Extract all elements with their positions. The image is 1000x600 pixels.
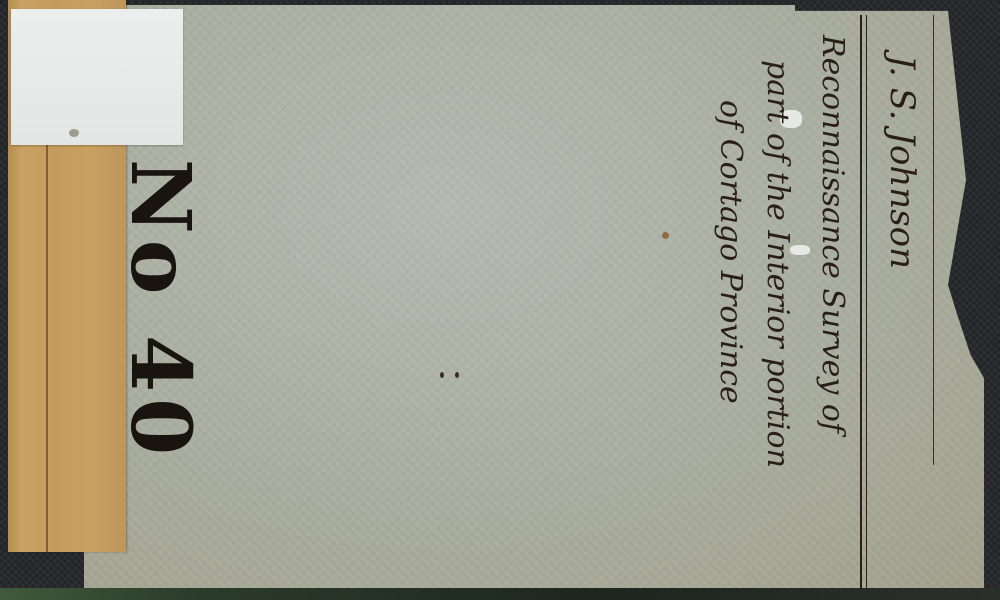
label-line-4: of Cortago Province — [713, 100, 748, 404]
smudge — [69, 129, 79, 137]
tape-crease — [46, 140, 48, 552]
ruled-line — [933, 15, 934, 465]
label-line-3: part of the Interior portion — [760, 60, 795, 468]
ink-speck — [455, 372, 459, 378]
ruled-line — [866, 15, 867, 590]
label-line-2: Reconnaissance Survey of — [815, 35, 850, 433]
label-line-1: J. S. Johnson — [882, 55, 922, 269]
ink-speck — [440, 372, 444, 378]
ruled-line — [860, 15, 862, 590]
cover-number: No 40 — [112, 159, 208, 461]
handwritten-label: J. S. Johnson Reconnaissance Survey of p… — [700, 5, 970, 595]
rust-stain — [662, 232, 669, 239]
white-sticker-label — [11, 9, 183, 145]
